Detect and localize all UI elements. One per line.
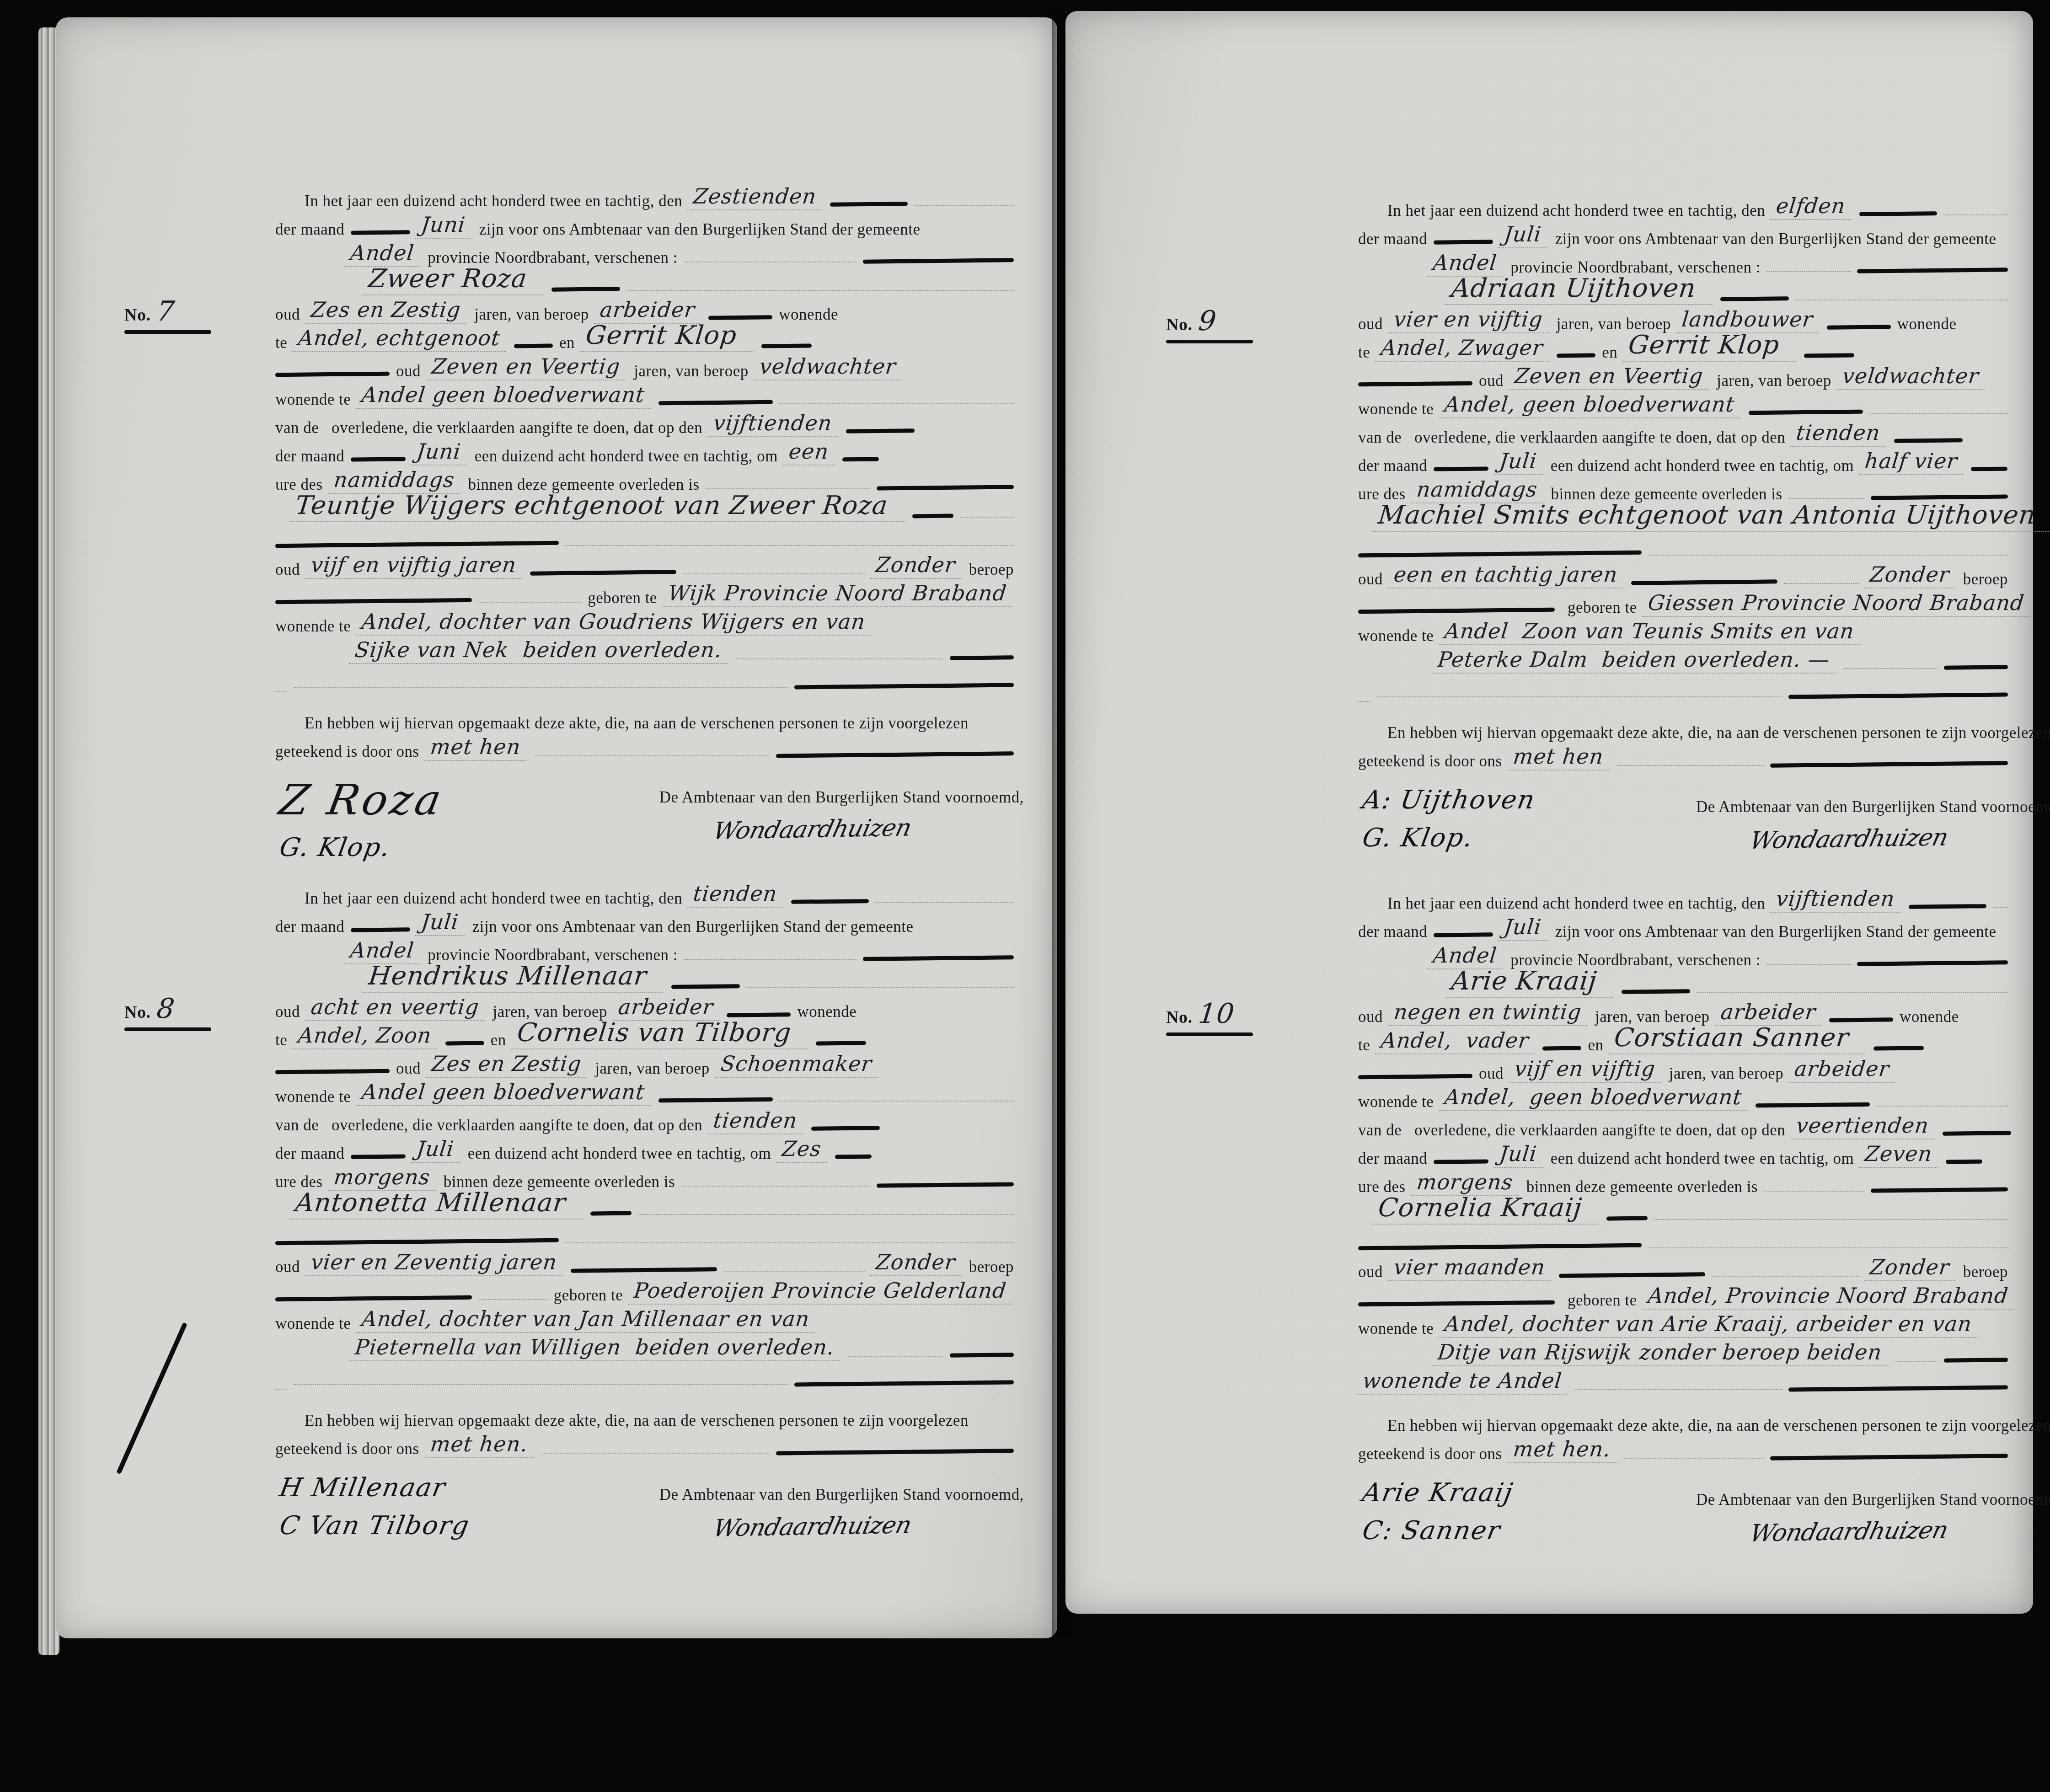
handwritten-death-month: Juli: [1493, 1141, 1546, 1168]
dotted-leader: [1712, 1275, 1859, 1277]
handwritten-age: vijf en vijftig: [1509, 1056, 1664, 1083]
ink-stroke: [776, 751, 1014, 758]
dotted-leader: [534, 754, 770, 756]
form-line-declarant2-name: te Andel, Zwager en Gerrit Klop: [1358, 333, 2008, 362]
form-line-municipality: Andel provincie Noordbrabant, verschenen…: [275, 936, 1014, 964]
handwritten-occupation: arbeider: [594, 297, 704, 324]
handwritten-mother: Peterke Dalm beiden overleden. —: [1432, 647, 1838, 674]
ink-stroke: [1804, 353, 1854, 358]
printed-text: wonende te: [1358, 1093, 1434, 1111]
printed-text: geteekend is door ons: [275, 1440, 419, 1458]
ink-stroke: [1557, 353, 1595, 358]
ink-stroke: [1894, 438, 1963, 443]
printed-text: jaren, van beroep: [595, 1059, 709, 1078]
handwritten-mother-cont: [275, 690, 287, 692]
dotted-leader: [684, 261, 856, 262]
ink-stroke: [846, 428, 915, 433]
handwritten-birthplace: Poederoijen Provincie Gelderland: [628, 1278, 1015, 1305]
ink-stroke: [842, 457, 879, 462]
form-line-deceased-age: oud vier en Zeventig jaren Zonder beroep: [275, 1248, 1014, 1276]
registrar-title: De Ambtenaar van den Burgerlijken Stand …: [1696, 1491, 2050, 1509]
ink-stroke: [445, 1041, 484, 1046]
handwritten-birthplace: Wijk Provincie Noord Braband: [662, 581, 1015, 607]
handwritten-municipality: Andel: [344, 241, 423, 267]
declarant-signatures: Z Roza G. Klop.: [275, 773, 659, 871]
form-line-deceased-name: Machiel Smits echtgenoot van Antonia Uij…: [1358, 503, 2008, 532]
form-line-mother: Pieternella van Willigen beiden overlede…: [275, 1333, 1014, 1361]
handwritten-methen: met hen.: [424, 1432, 536, 1458]
dotted-leader: [684, 958, 856, 960]
dotted-leader: [478, 1298, 547, 1300]
act-number: No. 8: [124, 993, 211, 1031]
ink-stroke: [351, 927, 410, 932]
registrar-block: De Ambtenaar van den Burgerlijken Stand …: [1696, 782, 2050, 852]
ink-stroke: [1788, 1385, 2008, 1391]
signature: G. Klop.: [1360, 823, 1698, 853]
form-line-declarant1-name: Adriaan Uijthoven: [1358, 277, 2008, 305]
form-line-closing1: En hebben wij hiervan opgemaakt deze akt…: [275, 704, 1014, 733]
form-line-declarant2-name: te Andel, Zoon en Cornelis van Tilborg: [275, 1021, 1014, 1049]
form-line-declaration: van de overledene, die verklaarden aangi…: [1358, 1111, 2008, 1139]
form-line-mother2: [1358, 674, 2008, 702]
dotted-leader: [875, 901, 1014, 903]
declarant-signatures: H Millenaar C Van Tilborg: [275, 1470, 659, 1549]
printed-text: en: [1602, 343, 1617, 362]
ink-stroke: [816, 1041, 866, 1045]
printed-text: geteekend is door ons: [1358, 752, 1502, 770]
printed-text: In het jaar een duizend acht honderd twe…: [1358, 894, 1765, 913]
handwritten-death-month: Juni: [411, 439, 470, 465]
death-act: No. 9 In het jaar een duizend acht honde…: [1358, 192, 2008, 861]
dotted-leader: [706, 487, 870, 489]
form-line-mother2: wonende te Andel: [1358, 1366, 2008, 1395]
form-line-municipality: Andel provincie Noordbrabant, verschenen…: [1358, 941, 2008, 969]
ink-stroke: [1358, 1243, 1642, 1250]
handwritten-death-day: vijftienden: [707, 411, 840, 437]
handwritten-deceased-age: vier maanden: [1388, 1255, 1554, 1281]
printed-text: wonende te: [275, 390, 351, 409]
printed-text: In het jaar een duizend acht honderd twe…: [275, 192, 682, 210]
printed-text: wonende te: [275, 1315, 351, 1333]
printed-text: van de overledene, die verklaarden aangi…: [275, 1116, 702, 1134]
printed-text: oud: [275, 561, 300, 579]
handwritten-month: Juli: [1498, 222, 1550, 248]
printed-text: geboren te: [554, 1286, 623, 1305]
dotted-leader: [1764, 1190, 1864, 1192]
handwritten-mother-cont: [1358, 700, 1370, 702]
ink-stroke: [351, 1154, 406, 1159]
dotted-leader: [723, 1270, 865, 1272]
handwritten-parents: Andel, dochter van Arie Kraaij, arbeider…: [1439, 1311, 1980, 1338]
printed-text: In het jaar een duizend acht honderd twe…: [275, 889, 682, 908]
handwritten-death-hour: een: [783, 439, 837, 465]
handwritten-municipality: Andel: [1427, 250, 1505, 277]
no-label: No.: [1166, 315, 1192, 334]
printed-text: te: [275, 334, 287, 352]
form-line-declarant2-age: oud Zeven en Veertig jaren, van beroep v…: [275, 352, 1014, 380]
form-line-death-month: der maand Juni een duizend acht honderd …: [275, 437, 1014, 465]
printed-text: oud: [1358, 570, 1383, 588]
form-line-year: In het jaar een duizend acht honderd twe…: [1358, 884, 2008, 913]
form-line-mother: Peterke Dalm beiden overleden. —: [1358, 645, 2008, 674]
right-page: No. 9 In het jaar een duizend acht honde…: [1065, 11, 2033, 1614]
ink-stroke: [835, 1155, 872, 1159]
printed-text: der maand: [275, 220, 344, 239]
form-line-year: In het jaar een duizend acht honderd twe…: [275, 182, 1014, 210]
dotted-leader: [1648, 554, 2008, 556]
handwritten-daypart: namiddags: [328, 467, 463, 494]
ink-stroke: [950, 655, 1014, 660]
dotted-leader: [914, 204, 1014, 206]
handwritten-death-day: tienden: [707, 1108, 806, 1134]
left-page: No. 7 In het jaar een duizend acht honde…: [56, 17, 1057, 1638]
act-number-value: 7: [151, 295, 184, 328]
printed-text: geteekend is door ons: [1358, 1445, 1502, 1463]
form-line-death-time: ure des namiddags binnen deze gemeente o…: [1358, 475, 2008, 503]
ink-stroke: [1857, 960, 2008, 966]
form-line-declarant2-residence: wonende te Andel, geen bloedverwant: [1358, 390, 2008, 418]
handwritten-declarant2: Corstiaan Sanner: [1608, 1023, 1869, 1054]
signature-block: A: Uijthoven G. Klop. De Ambtenaar van d…: [1358, 782, 2008, 861]
ink-stroke: [351, 230, 410, 235]
ink-stroke: [1770, 761, 2008, 767]
printed-text: der maand: [1358, 923, 1427, 941]
handwritten-age: Zeven en Veertig: [426, 354, 629, 380]
printed-text: zijn voor ons Ambtenaar van den Burgerli…: [472, 918, 914, 936]
act-number: No. 9: [1166, 305, 1253, 343]
signature: Z Roza: [276, 776, 664, 824]
ink-stroke: [708, 315, 772, 320]
form-line-deceased-age: oud vijf en vijftig jaren Zonder beroep: [275, 551, 1014, 579]
ink-stroke: [1434, 1159, 1488, 1164]
ink-stroke: [1829, 1017, 1893, 1022]
handwritten-residence: Andel, echtgenoot: [292, 326, 509, 352]
death-act: No. 7 In het jaar een duizend acht honde…: [275, 182, 1014, 871]
form-line-declarant1-name: Zweer Roza: [275, 267, 1014, 295]
dotted-leader: [638, 1213, 1014, 1215]
printed-text: En hebben wij hiervan opgemaakt deze akt…: [275, 1412, 969, 1430]
handwritten-deceased: Teuntje Wijgers echtgenoot van Zweer Roz…: [289, 491, 908, 522]
handwritten-day: elfden: [1770, 193, 1854, 220]
handwritten-residence: Andel geen bloedverwant: [356, 382, 653, 409]
handwritten-zonder: Zonder: [870, 1250, 964, 1276]
ink-stroke: [658, 1097, 773, 1103]
handwritten-daypart: morgens: [328, 1165, 439, 1191]
form-line-declarant1-name: Arie Kraaij: [1358, 969, 2008, 998]
ink-stroke: [275, 541, 559, 548]
handwritten-deceased: Cornelia Kraaij: [1372, 1193, 1601, 1225]
handwritten-age: Zes en Zestig: [305, 297, 469, 324]
printed-text: jaren, van beroep: [1717, 372, 1831, 390]
registrar-title: De Ambtenaar van den Burgerlijken Stand …: [1696, 798, 2050, 816]
handwritten-occupation: landbouwer: [1676, 307, 1822, 333]
printed-text: en: [1588, 1036, 1603, 1054]
ink-stroke: [1857, 267, 2008, 273]
handwritten-zonder: Zonder: [870, 552, 964, 579]
dotted-leader: [626, 289, 1014, 291]
form-line-mother2: [275, 1361, 1014, 1390]
ink-stroke: [863, 258, 1014, 263]
ink-stroke: [1358, 1300, 1555, 1307]
printed-text: wonende te: [1358, 400, 1434, 418]
printed-text: jaren, van beroep: [634, 362, 748, 380]
handwritten-day: tienden: [687, 881, 786, 908]
form-line-blank: [1358, 1225, 2008, 1253]
dotted-leader: [1843, 667, 1938, 669]
handwritten-declarant1: Zweer Roza: [362, 264, 547, 295]
printed-text: beroep: [1963, 570, 2008, 588]
form-line-declarant1-age: oud acht en veertig jaren, van beroep ar…: [275, 993, 1014, 1021]
ink-stroke: [950, 1353, 1014, 1357]
handwritten-mother: Pieternella van Willigen beiden overlede…: [349, 1335, 843, 1361]
printed-text: der maand: [275, 918, 344, 936]
registrar-signature: Wondaardhuizen: [710, 812, 1028, 845]
handwritten-death-day: tienden: [1790, 420, 1889, 447]
act-9-mount: No. 9 In het jaar een duizend acht honde…: [1358, 192, 2008, 861]
form-line-closing1: En hebben wij hiervan opgemaakt deze akt…: [275, 1402, 1014, 1430]
act-number-value: 8: [151, 993, 184, 1026]
form-line-deceased-age: oud een en tachtig jaren Zonder beroep: [1358, 560, 2008, 588]
printed-text: oud: [275, 305, 300, 324]
printed-text: oud: [1358, 1008, 1383, 1026]
ink-slash-mark: [116, 1322, 187, 1475]
ink-stroke: [1944, 665, 2008, 669]
act-number: No. 7: [124, 295, 211, 334]
handwritten-declarant2: Cornelis van Tilborg: [511, 1018, 811, 1049]
form-line-municipality: Andel provincie Noordbrabant, verschenen…: [1358, 248, 2008, 277]
handwritten-residence: Andel, Zoon: [292, 1023, 440, 1049]
handwritten-month: Juli: [415, 909, 467, 936]
ink-stroke: [1606, 1216, 1648, 1221]
declarant-signatures: A: Uijthoven G. Klop.: [1358, 782, 1696, 861]
printed-text: van de overledene, die verklaarden aangi…: [275, 419, 702, 437]
form-line-parents: wonende te Andel, dochter van Goudriens …: [275, 607, 1014, 636]
ink-stroke: [811, 1126, 880, 1131]
printed-text: zijn voor ons Ambtenaar van den Burgerli…: [1555, 923, 1996, 941]
form-line-deceased-age: oud vier maanden Zonder beroep: [1358, 1253, 2008, 1281]
handwritten-occupation: Schoenmaker: [715, 1051, 881, 1078]
ink-stroke: [275, 1238, 559, 1245]
form-line-municipality: Andel provincie Noordbrabant, verschenen…: [275, 239, 1014, 267]
handwritten-declarant1: Hendrikus Millenaar: [362, 961, 666, 993]
registrar-signature: Wondaardhuizen: [1747, 1514, 2050, 1547]
form-line-declaration: van de overledene, die verklaarden aangi…: [275, 409, 1014, 437]
ink-stroke: [530, 570, 676, 575]
handwritten-residence: Andel, geen bloedverwant: [1439, 392, 1743, 418]
handwritten-declarant1: Adriaan Uijthoven: [1445, 273, 1715, 305]
printed-text: en: [559, 334, 575, 352]
form-line-birthplace: geboren te Poederoijen Provincie Gelderl…: [275, 1276, 1014, 1305]
form-line-parents: wonende te Andel, dochter van Jan Millen…: [275, 1305, 1014, 1333]
handwritten-death-month: Juli: [411, 1136, 463, 1163]
printed-text: wonende te: [275, 617, 351, 636]
ink-stroke: [275, 372, 390, 377]
handwritten-birthplace: Andel, Provincie Noord Braband: [1642, 1283, 2017, 1310]
handwritten-deceased: Machiel Smits echtgenoot van Antonia Uij…: [1372, 500, 2050, 532]
dotted-leader: [1575, 1388, 1782, 1390]
form-line-parents: wonende te Andel, dochter van Arie Kraai…: [1358, 1310, 2008, 1338]
printed-text: te: [1358, 343, 1370, 362]
printed-text: der maand: [275, 1145, 344, 1163]
handwritten-mother: Ditje van Rijswijk zonder beroep beiden: [1432, 1340, 1890, 1366]
ink-stroke: [275, 598, 472, 604]
dotted-leader: [1895, 1360, 1938, 1362]
form-line-closing1: En hebben wij hiervan opgemaakt deze akt…: [1358, 1407, 2008, 1435]
ink-stroke: [551, 287, 620, 292]
handwritten-deceased-age: een en tachtig jaren: [1388, 562, 1626, 588]
handwritten-death-hour: Zes: [776, 1136, 830, 1163]
ink-stroke: [830, 202, 908, 207]
dotted-leader: [565, 544, 1014, 546]
ink-stroke: [794, 1380, 1014, 1386]
handwritten-death-hour: Zeven: [1859, 1141, 1941, 1168]
ink-stroke: [1946, 1160, 1982, 1164]
dotted-leader: [294, 1383, 788, 1385]
form-line-month: der maand Juli zijn voor ons Ambtenaar v…: [275, 908, 1014, 936]
printed-text: wonende: [779, 305, 838, 324]
act-10-mount: No. 10 In het jaar een duizend acht hond…: [1358, 884, 2008, 1554]
dotted-leader: [1789, 497, 1864, 499]
handwritten-day: vijftienden: [1770, 886, 1903, 913]
printed-text: wonende te: [1358, 627, 1434, 645]
handwritten-death-hour: half vier: [1859, 449, 1966, 475]
printed-text: der maand: [1358, 230, 1427, 248]
registrar-block: De Ambtenaar van den Burgerlijken Stand …: [659, 773, 1024, 842]
printed-text: een duizend acht honderd twee en tachtig…: [1551, 1150, 1854, 1168]
handwritten-occupation: arbeider: [612, 995, 722, 1021]
signature-block: H Millenaar C Van Tilborg De Ambtenaar v…: [275, 1470, 1014, 1549]
ink-stroke: [1720, 296, 1789, 301]
ink-stroke: [776, 1449, 1014, 1455]
form-line-mother2: [275, 664, 1014, 692]
printed-text: beroep: [969, 1258, 1014, 1276]
form-line-death-time: ure des morgens binnen deze gemeente ove…: [1358, 1168, 2008, 1196]
printed-text: der maand: [275, 447, 344, 465]
form-line-closing2: geteekend is door ons met hen.: [1358, 1435, 2008, 1463]
handwritten-residence: Andel geen bloedverwant: [356, 1080, 653, 1106]
dotted-leader: [1767, 270, 1851, 272]
dotted-leader: [779, 402, 1014, 404]
ink-stroke: [1631, 579, 1777, 585]
ink-stroke: [1909, 904, 1986, 909]
handwritten-daypart: namiddags: [1411, 477, 1546, 503]
ink-stroke: [1358, 608, 1555, 614]
ink-stroke: [1358, 1074, 1472, 1080]
handwritten-municipality: Andel: [344, 938, 423, 964]
form-line-declaration: van de overledene, die verklaarden aangi…: [1358, 418, 2008, 447]
ink-stroke: [590, 1211, 632, 1216]
printed-text: geboren te: [1568, 1291, 1637, 1310]
form-line-declarant1-name: Hendrikus Millenaar: [275, 964, 1014, 993]
dotted-leader: [736, 658, 944, 659]
printed-text: oud: [396, 362, 421, 380]
printed-text: oud: [275, 1258, 300, 1276]
ink-stroke: [671, 984, 740, 989]
form-line-deceased-name: Teuntje Wijgers echtgenoot van Zweer Roz…: [275, 494, 1014, 522]
death-act: No. 10 In het jaar een duizend acht hond…: [1358, 884, 2008, 1554]
dotted-leader: [541, 1452, 770, 1454]
printed-text: oud: [396, 1059, 421, 1078]
form-line-month: der maand Juni zijn voor ons Ambtenaar v…: [275, 210, 1014, 239]
registrar-signature: Wondaardhuizen: [1747, 822, 2050, 855]
printed-text: geboren te: [588, 589, 657, 607]
printed-text: te: [275, 1031, 287, 1049]
dotted-leader: [1624, 1457, 1764, 1459]
handwritten-residence: Andel, geen bloedverwant: [1439, 1085, 1750, 1111]
register-scan: { "page": { "corner_number": "4", "corne…: [0, 0, 2050, 1792]
act-number-value: 10: [1193, 998, 1244, 1031]
dotted-leader: [565, 1241, 1014, 1243]
form-line-declarant1-age: oud vier en vijftig jaren, van beroep la…: [1358, 305, 2008, 333]
printed-text: een duizend acht honderd twee en tachtig…: [468, 1145, 771, 1163]
form-line-closing2: geteekend is door ons met hen.: [275, 1430, 1014, 1458]
no-label: No.: [124, 1003, 150, 1022]
dotted-leader: [960, 516, 1014, 518]
registrar-title: De Ambtenaar van den Burgerlijken Stand …: [659, 788, 1024, 807]
ink-stroke: [1622, 989, 1690, 994]
dotted-leader: [683, 572, 865, 574]
form-line-declarant2-residence: wonende te Andel, geen bloedverwant: [1358, 1083, 2008, 1111]
printed-text: zijn voor ons Ambtenaar van den Burgerli…: [1555, 230, 1996, 248]
printed-text: wonende te: [275, 1088, 351, 1106]
declarant-signatures: Arie Kraaij C: Sanner: [1358, 1475, 1696, 1554]
handwritten-death-day: veertienden: [1790, 1113, 1938, 1139]
handwritten-residence: Andel, Zwager: [1375, 335, 1552, 362]
dotted-leader: [294, 686, 788, 688]
handwritten-parents: Andel, dochter van Jan Millenaar en van: [356, 1306, 818, 1333]
form-line-month: der maand Juli zijn voor ons Ambtenaar v…: [1358, 913, 2008, 941]
signature: A: Uijthoven: [1360, 785, 1698, 815]
ink-stroke: [514, 344, 553, 348]
dotted-leader: [1654, 1218, 2008, 1220]
handwritten-age: Zes en Zestig: [426, 1051, 590, 1078]
signature-block: Z Roza G. Klop. De Ambtenaar van den Bur…: [275, 773, 1014, 871]
form-line-death-time: ure des morgens binnen deze gemeente ove…: [275, 1163, 1014, 1191]
ink-stroke: [1559, 1272, 1705, 1278]
printed-text: van de overledene, die verklaarden aangi…: [1358, 1121, 1785, 1139]
signature-block: Arie Kraaij C: Sanner De Ambtenaar van d…: [1358, 1475, 2008, 1554]
form-line-declarant2-name: te Andel, vader en Corstiaan Sanner: [1358, 1026, 2008, 1054]
handwritten-month: Juli: [1498, 915, 1550, 941]
ink-stroke: [1943, 1131, 2011, 1136]
form-line-closing2: geteekend is door ons met hen: [1358, 742, 2008, 770]
ink-stroke: [791, 899, 869, 904]
handwritten-age: acht en veertig: [305, 995, 488, 1021]
printed-text: en: [491, 1031, 506, 1049]
ink-stroke: [1434, 466, 1488, 471]
handwritten-declarant2: Gerrit Klop: [579, 321, 756, 352]
form-line-death-time: ure des namiddags binnen deze gemeente o…: [275, 465, 1014, 494]
printed-text: wonende: [1900, 1008, 1959, 1026]
printed-text: beroep: [969, 561, 1014, 579]
handwritten-occupation: veldwachter: [754, 354, 905, 380]
handwritten-parents: Andel, dochter van Goudriens Wijgers en …: [356, 609, 874, 636]
printed-text: van de overledene, die verklaarden aangi…: [1358, 428, 1785, 447]
ink-stroke: [1859, 211, 1937, 216]
no-label: No.: [124, 305, 150, 325]
form-line-declaration: van de overledene, die verklaarden aangi…: [275, 1106, 1014, 1134]
form-line-declarant1-age: oud negen en twintig jaren, van beroep a…: [1358, 998, 2008, 1026]
form-line-birthplace: geboren te Giessen Provincie Noord Braba…: [1358, 588, 2008, 617]
handwritten-municipality: Andel: [1427, 943, 1505, 969]
dotted-leader: [1767, 963, 1851, 965]
printed-text: der maand: [1358, 1150, 1427, 1168]
dotted-leader: [1795, 299, 2008, 300]
handwritten-mother-cont: [275, 1388, 287, 1390]
handwritten-month: Juni: [415, 212, 474, 239]
dotted-leader: [1697, 991, 2008, 993]
signature: H Millenaar: [277, 1473, 662, 1503]
